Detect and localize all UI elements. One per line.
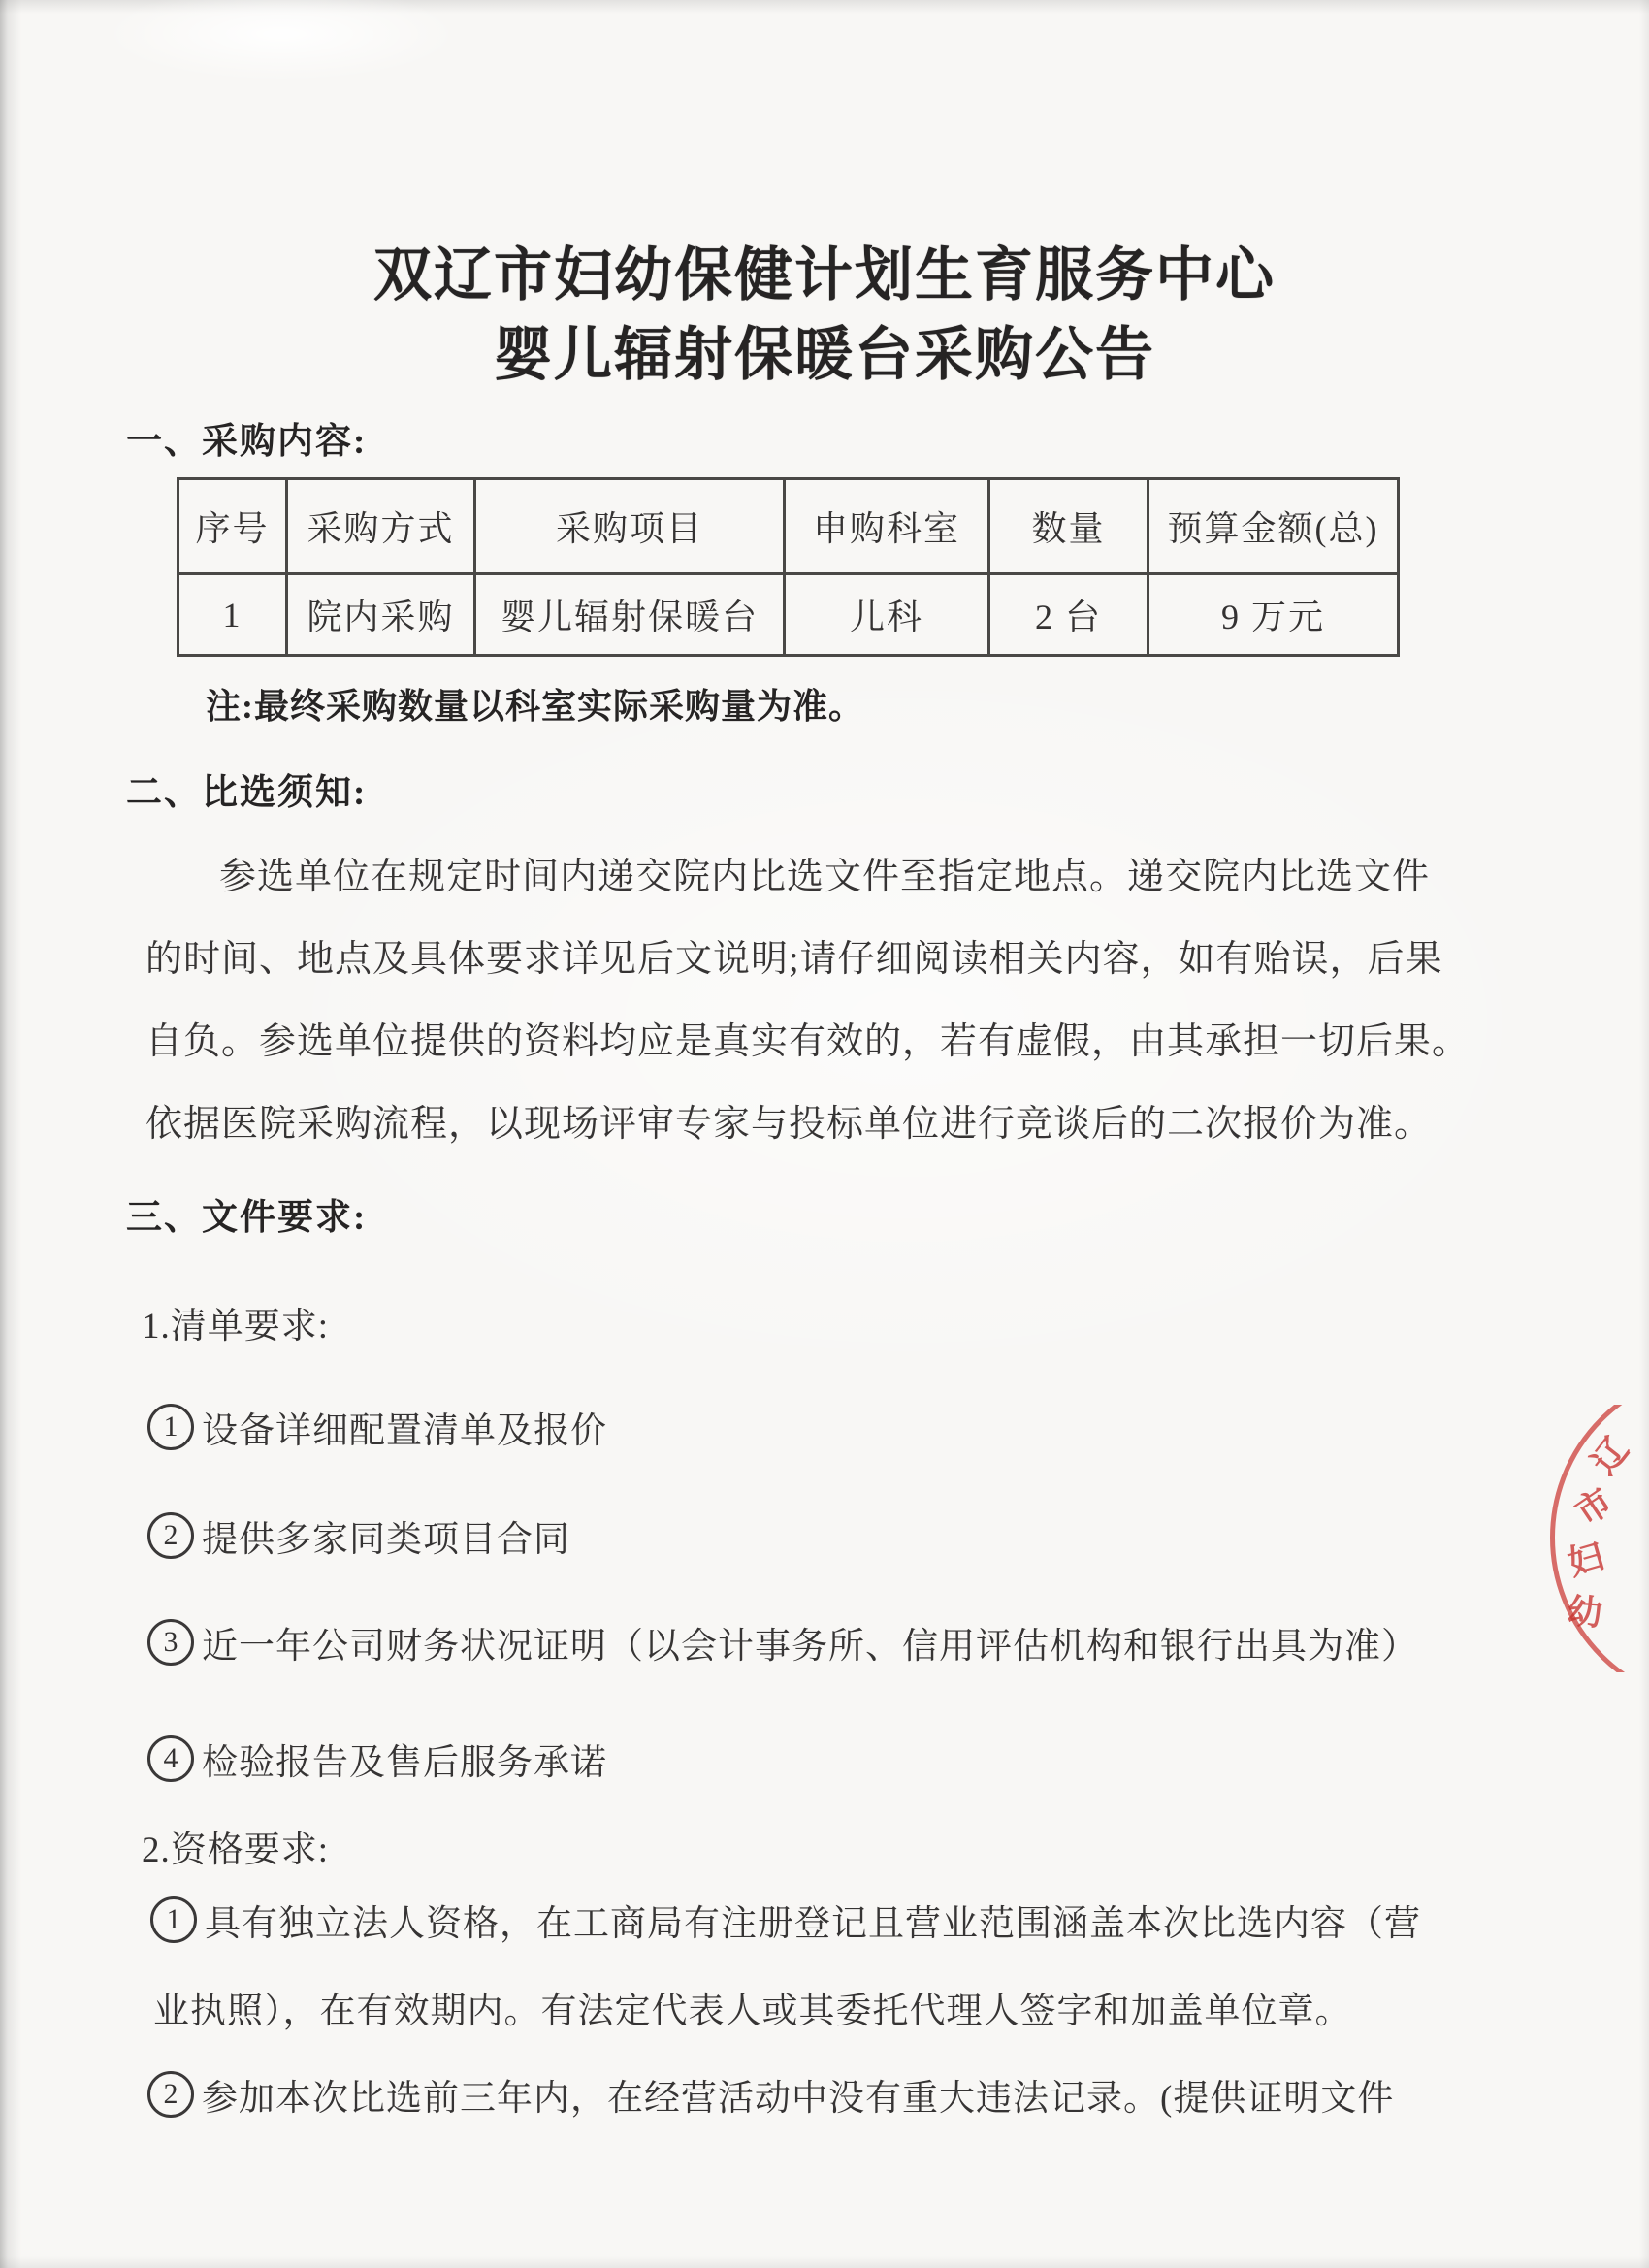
procurement-table: 序号 采购方式 采购项目 申购科室 数量 预算金额(总) 1 院内采购 婴儿辐射… — [177, 477, 1400, 657]
paragraph-line: 的时间、地点及具体要求详见后文说明;请仔细阅读相关内容，如有贻误，后果 — [145, 928, 1443, 982]
document-title-line2: 婴儿辐射保暖台采购公告 — [0, 308, 1649, 392]
cell-method: 院内采购 — [287, 574, 475, 656]
section1-heading: 一、采购内容: — [126, 411, 367, 464]
col-header-department: 申购科室 — [785, 479, 989, 574]
qualification-requirements-label: 2.资格要求: — [142, 1820, 329, 1872]
paragraph-line: 自负。参选单位提供的资料均应是真实有效的，若有虚假，由其承担一切后果。 — [145, 1011, 1470, 1064]
list-requirements-label: 1.清单要求: — [142, 1296, 329, 1348]
table-header-row: 序号 采购方式 采购项目 申购科室 数量 预算金额(总) — [178, 479, 1399, 574]
seal-character: 市 — [1565, 1474, 1621, 1535]
circled-number-icon: 2 — [147, 1512, 194, 1559]
circled-number-icon: 1 — [147, 1404, 194, 1450]
qualification-item-text: 参加本次比选前三年内，在经营活动中没有重大违法记录。(提供证明文件 — [202, 2068, 1394, 2121]
list-item-text: 近一年公司财务状况证明（以会计事务所、信用评估机构和银行出具为准） — [202, 1616, 1418, 1669]
scanned-document-page: 双辽市妇幼保健计划生育服务中心 婴儿辐射保暖台采购公告 一、采购内容: 序号 采… — [0, 0, 1649, 2268]
paragraph-line: 依据医院采购流程，以现场评审专家与投标单位进行竞谈后的二次报价为准。 — [145, 1093, 1432, 1147]
circled-number-icon: 2 — [147, 2071, 194, 2118]
seal-character: 辽 — [1578, 1426, 1638, 1484]
cell-seq: 1 — [178, 574, 287, 656]
seal-character: 妇 — [1562, 1529, 1609, 1586]
qualification-item-text: 具有独立法人资格，在工商局有注册登记且营业范围涵盖本次比选内容（营 — [205, 1894, 1421, 1946]
qualification-item: 2 参加本次比选前三年内，在经营活动中没有重大违法记录。(提供证明文件 — [147, 2068, 1394, 2121]
document-title-line1: 双辽市妇幼保健计划生育服务中心 — [0, 229, 1649, 312]
list-item-text: 设备详细配置清单及报价 — [202, 1401, 607, 1453]
cell-department: 儿科 — [785, 574, 989, 656]
seal-circle-arc — [1550, 1405, 1649, 1672]
list-item: 1 设备详细配置清单及报价 — [147, 1401, 607, 1453]
list-item: 4 检验报告及售后服务承诺 — [147, 1733, 607, 1785]
cell-quantity: 2 台 — [989, 574, 1148, 656]
paragraph-line: 参选单位在规定时间内递交院内比选文件至指定地点。递交院内比选文件 — [219, 846, 1430, 899]
col-header-method: 采购方式 — [287, 479, 475, 574]
section2-heading: 二、比选须知: — [126, 762, 367, 815]
circled-number-icon: 1 — [150, 1896, 197, 1943]
qualification-item-continuation: 业执照），在有效期内。有法定代表人或其委托代理人签字和加盖单位章。 — [153, 1981, 1352, 2033]
qualification-item: 1 具有独立法人资格，在工商局有注册登记且营业范围涵盖本次比选内容（营 — [150, 1894, 1421, 1946]
seal-character: 幼 — [1566, 1584, 1603, 1636]
col-header-quantity: 数量 — [989, 479, 1148, 574]
official-seal-stamp: 辽 市 妇 幼 — [1540, 1405, 1649, 1672]
cell-budget: 9 万元 — [1148, 574, 1399, 656]
list-item: 2 提供多家同类项目合同 — [147, 1509, 570, 1562]
col-header-budget: 预算金额(总) — [1148, 479, 1399, 574]
list-item: 3 近一年公司财务状况证明（以会计事务所、信用评估机构和银行出具为准） — [147, 1616, 1418, 1669]
section3-heading: 三、文件要求: — [126, 1187, 367, 1240]
list-item-text: 提供多家同类项目合同 — [202, 1509, 570, 1562]
table-row: 1 院内采购 婴儿辐射保暖台 儿科 2 台 9 万元 — [178, 574, 1399, 656]
circled-number-icon: 3 — [147, 1619, 194, 1666]
col-header-item: 采购项目 — [475, 479, 785, 574]
cell-item: 婴儿辐射保暖台 — [475, 574, 785, 656]
table-note: 注:最终采购数量以科室实际采购量为准。 — [206, 679, 864, 729]
list-item-text: 检验报告及售后服务承诺 — [202, 1733, 607, 1785]
col-header-seq: 序号 — [178, 479, 287, 574]
circled-number-icon: 4 — [147, 1735, 194, 1782]
